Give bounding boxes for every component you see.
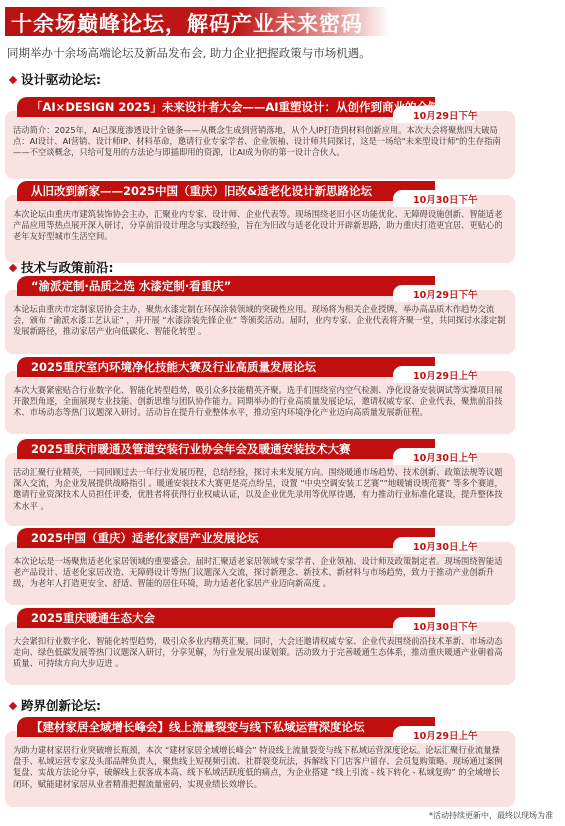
forum-card: 2025重庆市暖通及管道安装行业协会年会及暖通安装技术大赛 10月30日上午 活… <box>5 453 515 526</box>
date-tab: 10月30日下午 <box>393 190 475 207</box>
forum-card: 【建材家居全域增长峰会】线上流量裂变与线下私域运营深度论坛 10月29日上午 为… <box>5 731 515 807</box>
title-banner: 十余场巅峰论坛，解码产业未来密码 <box>5 7 390 36</box>
diamond-bullet-icon <box>9 76 17 84</box>
card-title-bar: 从旧改到新家——2025中国（重庆）旧改&适老化设计新思路论坛 <box>17 181 435 201</box>
diamond-bullet-icon <box>9 702 17 710</box>
card-description: 本次大赛紧密贴合行业数字化、智能化转型趋势，吸引众多技能精英齐聚。选手们围绕室内… <box>13 385 508 419</box>
card-description: 本论坛由重庆市定制家居协会主办，聚焦水漆定制在环保涂装领域的突破性应用。现场将为… <box>13 304 508 338</box>
card-title: 2025重庆暖通生态大会 <box>31 610 155 626</box>
card-title-bar: 「AI×DESIGN 2025」未来设计者大会——AI重塑设计：从创作到商业的全… <box>17 97 435 117</box>
date-tab: 10月30日上午 <box>393 448 475 465</box>
card-title: 2025重庆市暖通及管道安装行业协会年会及暖通安装技术大赛 <box>31 441 351 457</box>
forum-card: 2025中国（重庆）适老化家居产业发展论坛 10月30日上午 本次论坛是一场聚焦… <box>5 542 515 605</box>
forum-card: “渝派定制·品质之选 水漆定制·看重庆” 10月29日下午 本论坛由重庆市定制家… <box>5 290 515 354</box>
card-title: 2025中国（重庆）适老化家居产业发展论坛 <box>31 530 259 546</box>
card-date: 10月29日上午 <box>413 368 477 382</box>
section-heading-tech-policy: 技术与政策前沿: <box>8 258 114 276</box>
date-tab: 10月29日上午 <box>393 366 475 383</box>
date-tab: 10月29日上午 <box>393 726 475 743</box>
card-date: 10月30日下午 <box>413 192 477 206</box>
diamond-bullet-icon <box>9 264 17 272</box>
card-description: 本次论坛由重庆市建筑装饰协会主办，汇聚业内专家、设计师、企业代表等。现场围绕老旧… <box>13 209 508 243</box>
card-description: 大会紧扣行业数字化、智能化转型趋势，吸引众多业内精英汇聚。同时，大会还邀请权威专… <box>13 636 508 670</box>
date-tab: 10月30日下午 <box>393 617 475 634</box>
card-title: 从旧改到新家——2025中国（重庆）旧改&适老化设计新思路论坛 <box>31 183 372 199</box>
card-date: 10月30日下午 <box>413 619 477 633</box>
forum-card: 2025重庆室内环境净化技能大赛及行业高质量发展论坛 10月29日上午 本次大赛… <box>5 371 515 434</box>
date-tab: 10月30日上午 <box>393 537 475 554</box>
card-title-bar: “渝派定制·品质之选 水漆定制·看重庆” <box>17 276 435 296</box>
card-date: 10月30日上午 <box>413 450 477 464</box>
card-title-bar: 2025重庆暖通生态大会 <box>17 608 435 628</box>
card-title: 【建材家居全域增长峰会】线上流量裂变与线下私域运营深度论坛 <box>31 719 365 735</box>
section-heading-crossover: 跨界创新论坛: <box>8 696 101 714</box>
card-date: 10月29日上午 <box>413 728 477 742</box>
forum-card: 2025重庆暖通生态大会 10月30日下午 大会紧扣行业数字化、智能化转型趋势，… <box>5 622 515 685</box>
card-date: 10月29日下午 <box>413 108 477 122</box>
card-description: 活动简介：2025年，AI已深度渗透设计全链条——从概念生成到营销落地，从个人I… <box>13 125 508 159</box>
card-title-bar: 2025重庆室内环境净化技能大赛及行业高质量发展论坛 <box>17 357 435 377</box>
date-tab: 10月29日下午 <box>393 285 475 302</box>
card-title: “渝派定制·品质之选 水漆定制·看重庆” <box>31 278 231 294</box>
card-title-bar: 2025重庆市暖通及管道安装行业协会年会及暖通安装技术大赛 <box>17 439 435 459</box>
page-title: 十余场巅峰论坛，解码产业未来密码 <box>11 8 363 38</box>
section-heading-design: 设计驱动论坛: <box>8 70 101 88</box>
forum-card: 「AI×DESIGN 2025」未来设计者大会——AI重塑设计：从创作到商业的全… <box>5 111 515 179</box>
card-title-bar: 【建材家居全域增长峰会】线上流量裂变与线下私域运营深度论坛 <box>17 717 435 737</box>
card-title-bar: 2025中国（重庆）适老化家居产业发展论坛 <box>17 528 435 548</box>
card-description: 本次论坛是一场聚焦适老化家居领域的重要盛会。届时汇聚适老家居领域专家学者、企业领… <box>13 556 508 590</box>
date-tab: 10月29日下午 <box>393 106 475 123</box>
card-date: 10月29日下午 <box>413 287 477 301</box>
footnote: *活动持续更新中，最终以现场为准 <box>429 810 553 821</box>
card-description: 活动汇聚行业精英，一同回顾过去一年行业发展历程，总结经验，探讨未来发展方向。围绕… <box>13 467 508 512</box>
intro-text: 同期举办十余场高端论坛及新品发布会, 助力企业把握政策与市场机遇。 <box>7 45 371 61</box>
forum-card: 从旧改到新家——2025中国（重庆）旧改&适老化设计新思路论坛 10月30日下午… <box>5 195 515 263</box>
card-description: 为助力建材家居行业突破增长瓶颈，本次 “建材家居全域增长峰会” 特设线上流量裂变… <box>13 745 508 790</box>
card-title: 2025重庆室内环境净化技能大赛及行业高质量发展论坛 <box>31 359 316 375</box>
card-date: 10月30日上午 <box>413 539 477 553</box>
